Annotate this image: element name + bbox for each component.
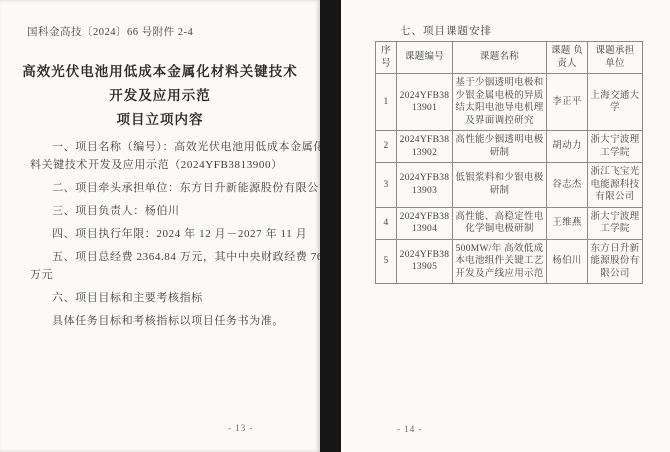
cell-no: 2 — [376, 131, 397, 163]
body-line-budget-2: 万元 — [30, 266, 298, 284]
cell-name: 高性能少铟透明电极研制 — [453, 131, 547, 163]
body-line-goals-note: 具体任务目标和考核指标以项目任务书为准。 — [30, 312, 298, 330]
title-line-1: 高效光伏电池用低成本金属化材料关键技术 — [0, 60, 320, 84]
section-heading-topics: 七、项目课题安排 — [400, 23, 492, 38]
table-row: 3 2024YFB3813903 低银浆料和少银电极研制 谷志杰 浙江飞宝光电能… — [376, 163, 643, 208]
header-topic-name: 课题名称 — [453, 42, 547, 74]
cell-org: 浙大宁波理工学院 — [588, 131, 643, 163]
body-line-lead-org: 二、项目牵头承担单位：东方日升新能源股份有限公司 — [30, 179, 298, 197]
cell-org: 东方日升新能源股份有限公司 — [588, 239, 643, 284]
table-row: 5 2024YFB3813905 500MW/年 高效低成本电池组件关键工艺开发… — [376, 239, 643, 284]
body-line-duration: 四、项目执行年限：2024 年 12 月－2027 年 11 月 — [30, 225, 298, 243]
scanned-document-spread: 国科金高技〔2024〕66 号附件 2-4 高效光伏电池用低成本金属化材料关键技… — [0, 0, 670, 452]
cell-org: 浙江飞宝光电能源科技有限公司 — [588, 163, 643, 208]
cell-code: 2024YFB3813901 — [397, 74, 453, 131]
body-line-project-name-2: 料关键技术开发及应用示范（2024YFB3813900） — [30, 156, 298, 174]
body-line-leader: 三、项目负责人：杨伯川 — [30, 202, 298, 220]
header-topic-leader: 课题 负责人 — [547, 42, 588, 74]
cell-no: 1 — [376, 74, 397, 131]
cell-code: 2024YFB3813905 — [397, 239, 453, 284]
table-row: 1 2024YFB3813901 基于少铟透明电极和少银金属电极的异质结太阳电池… — [376, 74, 643, 131]
cell-name: 500MW/年 高效低成本电池组件关键工艺开发及产线应用示范 — [453, 239, 547, 284]
cell-leader: 胡动力 — [547, 131, 588, 163]
cell-name: 高性能、高稳定性电化学铜电极研制 — [453, 207, 547, 239]
topics-table: 序号 课题编号 课题名称 课题 负责人 课题承担 单位 1 2024YFB381… — [375, 41, 643, 284]
cell-leader: 李正平 — [547, 74, 588, 131]
body-line-goals: 六、项目目标和主要考核指标 — [30, 289, 298, 307]
right-page: 七、项目课题安排 序号 课题编号 课题名称 课题 负责人 课题承担 单位 1 2… — [341, 0, 670, 452]
title-line-2: 开发及应用示范 — [0, 84, 320, 108]
document-number: 国科金高技〔2024〕66 号附件 2-4 — [27, 24, 193, 39]
cell-org: 浙大宁波理工学院 — [588, 207, 643, 239]
cell-code: 2024YFB3813903 — [397, 163, 453, 208]
cell-no: 5 — [376, 239, 397, 284]
page-number-14: - 14 - — [397, 424, 423, 434]
table-header-row: 序号 课题编号 课题名称 课题 负责人 课题承担 单位 — [376, 42, 643, 74]
body-line-budget: 五、项目总经费 2364.84 万元，其中中央财政经费 764.84 — [30, 248, 298, 266]
cell-org: 上海交通大学 — [588, 74, 643, 131]
page-number-13: - 13 - — [228, 423, 254, 433]
header-topic-code: 课题编号 — [397, 42, 453, 74]
left-page: 国科金高技〔2024〕66 号附件 2-4 高效光伏电池用低成本金属化材料关键技… — [0, 0, 320, 452]
cell-no: 4 — [376, 207, 397, 239]
project-info-body: 一、项目名称（编号）：高效光伏电池用低成本金属化材 料关键技术开发及应用示范（2… — [30, 133, 298, 330]
title-line-3: 项目立项内容 — [0, 108, 320, 132]
cell-leader: 杨伯川 — [547, 239, 588, 284]
scan-gutter — [320, 0, 341, 452]
cell-no: 3 — [376, 163, 397, 208]
cell-code: 2024YFB3813904 — [397, 207, 453, 239]
body-line-project-name: 一、项目名称（编号）：高效光伏电池用低成本金属化材 — [30, 138, 298, 156]
cell-name: 基于少铟透明电极和少银金属电极的异质结太阳电池导电机理及界面调控研究 — [453, 74, 547, 131]
header-serial-number: 序号 — [376, 42, 397, 74]
cell-leader: 谷志杰 — [547, 163, 588, 208]
header-topic-org: 课题承担 单位 — [588, 42, 643, 74]
table-row: 4 2024YFB3813904 高性能、高稳定性电化学铜电极研制 王维燕 浙大… — [376, 207, 643, 239]
document-title: 高效光伏电池用低成本金属化材料关键技术 开发及应用示范 项目立项内容 — [0, 60, 320, 132]
cell-code: 2024YFB3813902 — [397, 131, 453, 163]
cell-leader: 王维燕 — [547, 207, 588, 239]
table-row: 2 2024YFB3813902 高性能少铟透明电极研制 胡动力 浙大宁波理工学… — [376, 131, 643, 163]
cell-name: 低银浆料和少银电极研制 — [453, 163, 547, 208]
